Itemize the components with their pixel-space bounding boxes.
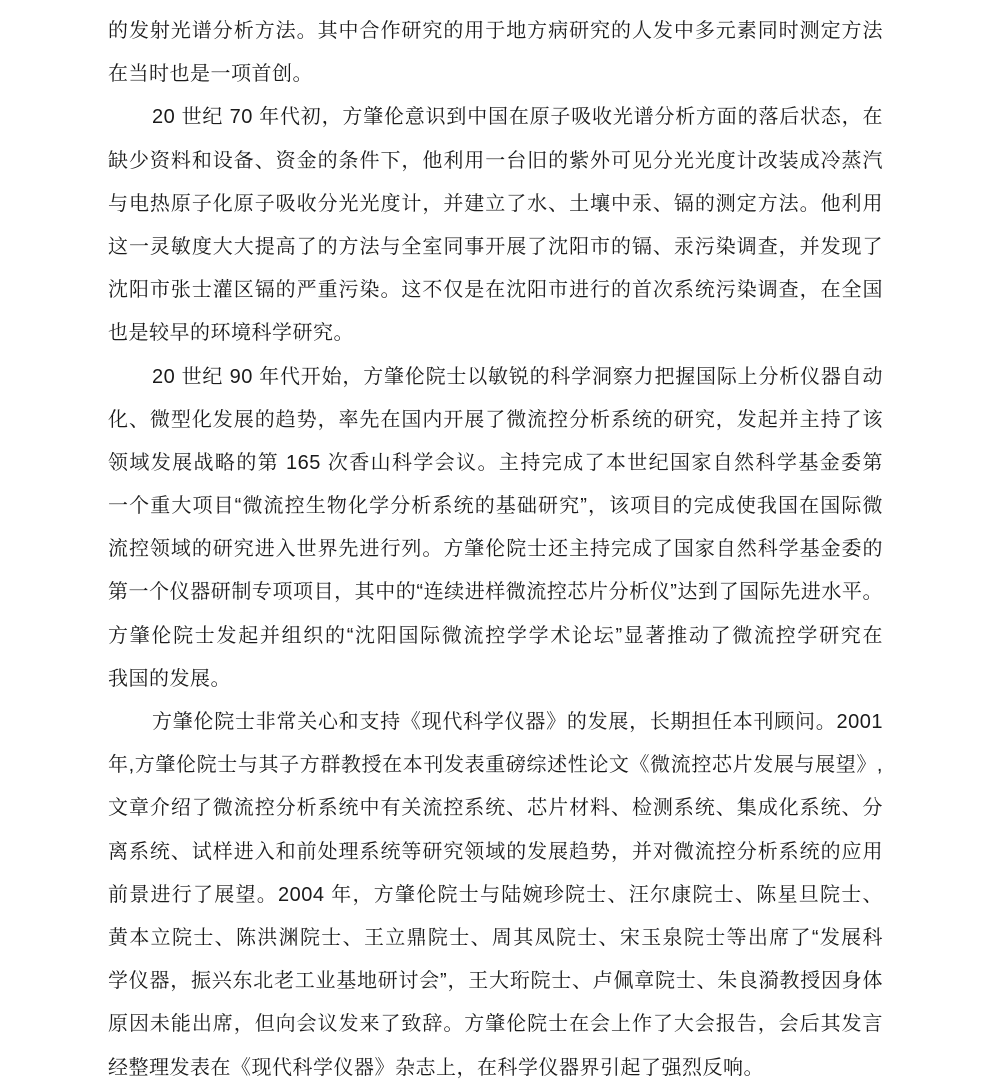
paragraph: 20 世纪 70 年代初，方肇伦意识到中国在原子吸收光谱分析方面的落后状态，在 … bbox=[108, 96, 883, 355]
text-line: 与电热原子化原子吸收分光光度计，并建立了水、土壤中汞、镉的测定方法。他利用 bbox=[108, 183, 883, 226]
paragraph: 20 世纪 90 年代开始，方肇伦院士以敏锐的科学洞察力把握国际上分析仪器自动 … bbox=[108, 356, 883, 702]
text-line: 经整理发表在《现代科学仪器》杂志上，在科学仪器界引起了强烈反响。 bbox=[108, 1047, 883, 1088]
text-line: 一个重大项目“微流控生物化学分析系统的基础研究”，该项目的完成使我国在国际微 bbox=[108, 485, 883, 528]
document-content: 的发射光谱分析方法。其中合作研究的用于地方病研究的人发中多元素同时测定方法 在当… bbox=[108, 10, 883, 1088]
text-line: 黄本立院士、陈洪渊院士、王立鼎院士、周其凤院士、宋玉泉院士等出席了“发展科 bbox=[108, 917, 883, 960]
text-line: 年,方肇伦院士与其子方群教授在本刊发表重磅综述性论文《微流控芯片发展与展望》, bbox=[108, 744, 883, 787]
text-line: 20 世纪 70 年代初，方肇伦意识到中国在原子吸收光谱分析方面的落后状态，在 bbox=[108, 96, 883, 139]
text-line: 20 世纪 90 年代开始，方肇伦院士以敏锐的科学洞察力把握国际上分析仪器自动 bbox=[108, 356, 883, 399]
text-line: 化、微型化发展的趋势，率先在国内开展了微流控分析系统的研究，发起并主持了该 bbox=[108, 399, 883, 442]
paragraph: 方肇伦院士非常关心和支持《现代科学仪器》的发展，长期担任本刊顾问。2001 年,… bbox=[108, 701, 883, 1088]
text-line: 领域发展战略的第 165 次香山科学会议。主持完成了本世纪国家自然科学基金委第 bbox=[108, 442, 883, 485]
text-line: 第一个仪器研制专项项目，其中的“连续进样微流控芯片分析仪”达到了国际先进水平。 bbox=[108, 571, 883, 614]
text-line: 的发射光谱分析方法。其中合作研究的用于地方病研究的人发中多元素同时测定方法 bbox=[108, 10, 883, 53]
text-line: 在当时也是一项首创。 bbox=[108, 53, 883, 96]
text-line: 这一灵敏度大大提高了的方法与全室同事开展了沈阳市的镉、汞污染调查，并发现了 bbox=[108, 226, 883, 269]
text-line: 学仪器，振兴东北老工业基地研讨会”，王大珩院士、卢佩章院士、朱良漪教授因身体 bbox=[108, 960, 883, 1003]
text-line: 离系统、试样进入和前处理系统等研究领域的发展趋势，并对微流控分析系统的应用 bbox=[108, 831, 883, 874]
text-line: 我国的发展。 bbox=[108, 658, 883, 701]
text-line: 前景进行了展望。2004 年，方肇伦院士与陆婉珍院士、汪尔康院士、陈星旦院士、 bbox=[108, 874, 883, 917]
text-line: 方肇伦院士非常关心和支持《现代科学仪器》的发展，长期担任本刊顾问。2001 bbox=[108, 701, 883, 744]
paragraph: 的发射光谱分析方法。其中合作研究的用于地方病研究的人发中多元素同时测定方法 在当… bbox=[108, 10, 883, 96]
text-line: 原因未能出席，但向会议发来了致辞。方肇伦院士在会上作了大会报告，会后其发言 bbox=[108, 1003, 883, 1046]
text-line: 流控领域的研究进入世界先进行列。方肇伦院士还主持完成了国家自然科学基金委的 bbox=[108, 528, 883, 571]
text-line: 沈阳市张士灌区镉的严重污染。这不仅是在沈阳市进行的首次系统污染调查，在全国 bbox=[108, 269, 883, 312]
text-line: 也是较早的环境科学研究。 bbox=[108, 312, 883, 355]
text-line: 文章介绍了微流控分析系统中有关流控系统、芯片材料、检测系统、集成化系统、分 bbox=[108, 787, 883, 830]
document-page: 的发射光谱分析方法。其中合作研究的用于地方病研究的人发中多元素同时测定方法 在当… bbox=[0, 0, 993, 1088]
text-line: 方肇伦院士发起并组织的“沈阳国际微流控学学术论坛”显著推动了微流控学研究在 bbox=[108, 615, 883, 658]
text-line: 缺少资料和设备、资金的条件下，他利用一台旧的紫外可见分光光度计改装成冷蒸汽 bbox=[108, 140, 883, 183]
